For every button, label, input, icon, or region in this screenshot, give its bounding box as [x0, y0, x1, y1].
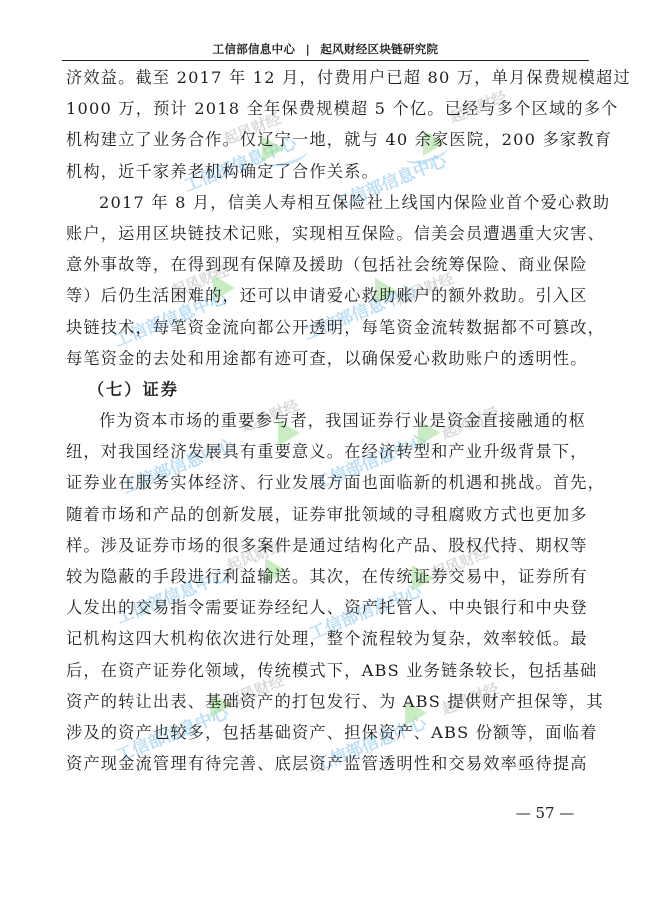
- text-line: 涉及的资产也较多，包括基础资产、担保资产、ABS 份额等，面临着: [66, 717, 586, 748]
- text-line: 样。涉及证券市场的很多案件是通过结构化产品、股权代持、期权等: [66, 530, 586, 561]
- text-line: 后，在资产证券化领域，传统模式下，ABS 业务链条较长，包括基础: [66, 655, 586, 686]
- header-org-right: 起风财经区块链研究院: [320, 42, 438, 56]
- text-line: 账户，运用区块链技术记账，实现相互保险。信美会员遭遇重大灾害、: [66, 218, 586, 249]
- text-line: 意外事故等，在得到现有保障及援助（包括社会统筹保险、商业保险: [66, 249, 586, 280]
- page-number: — 57 —: [500, 804, 590, 822]
- text-line: 纽，对我国经济发展具有重要意义。在经济转型和产业升级背景下，: [66, 436, 586, 467]
- text-line: 等）后仍生活困难的，还可以申请爱心救助账户的额外救助。引入区: [66, 280, 586, 311]
- text-line: 资产现金流管理有待完善、底层资产监管透明性和交易效率亟待提高: [66, 748, 586, 779]
- section-heading: （七）证券: [66, 374, 586, 405]
- text-line: 人发出的交易指令需要证券经纪人、资产托管人、中央银行和中央登: [66, 592, 586, 623]
- header-separator: |: [306, 42, 310, 56]
- document-page: 工信部信息中心 | 起风财经区块链研究院 起风财经 起风财经 工信部信息中心 工…: [0, 0, 650, 919]
- text-line: 机构建立了业务合作。仅辽宁一地，就与 40 余家医院，200 多家教育: [66, 124, 586, 155]
- text-line: 记机构这四大机构依次进行处理，整个流程较为复杂，效率较低。最: [66, 623, 586, 654]
- text-line: 证券业在服务实体经济、行业发展方面也面临新的机遇和挑战。首先，: [66, 467, 586, 498]
- text-line: 随着市场和产品的创新发展，证券审批领域的寻租腐败方式也更加多: [66, 499, 586, 530]
- text-line: 1000 万，预计 2018 全年保费规模超 5 个亿。已经与多个区域的多个: [66, 93, 586, 124]
- header-org-left: 工信部信息中心: [213, 42, 296, 56]
- text-line: 每笔资金的去处和用途都有迹可查，以确保爱心救助账户的透明性。: [66, 343, 586, 374]
- text-line: 较为隐蔽的手段进行利益输送。其次，在传统证券交易中，证券所有: [66, 561, 586, 592]
- text-line: 机构，近千家养老机构确定了合作关系。: [66, 156, 586, 187]
- body-text: 济效益。截至 2017 年 12 月，付费用户已超 80 万，单月保费规模超过 …: [66, 62, 586, 779]
- text-line: 作为资本市场的重要参与者，我国证券行业是资金直接融通的枢: [66, 405, 586, 436]
- header-rule: [62, 60, 589, 61]
- running-header: 工信部信息中心 | 起风财经区块链研究院: [62, 41, 589, 57]
- text-line: 块链技术，每笔资金流向都公开透明，每笔资金流转数据都不可篡改，: [66, 312, 586, 343]
- text-line: 济效益。截至 2017 年 12 月，付费用户已超 80 万，单月保费规模超过: [66, 62, 586, 93]
- text-line: 2017 年 8 月，信美人寿相互保险社上线国内保险业首个爱心救助: [66, 187, 586, 218]
- text-line: 资产的转让出表、基础资产的打包发行、为 ABS 提供财产担保等，其: [66, 686, 586, 717]
